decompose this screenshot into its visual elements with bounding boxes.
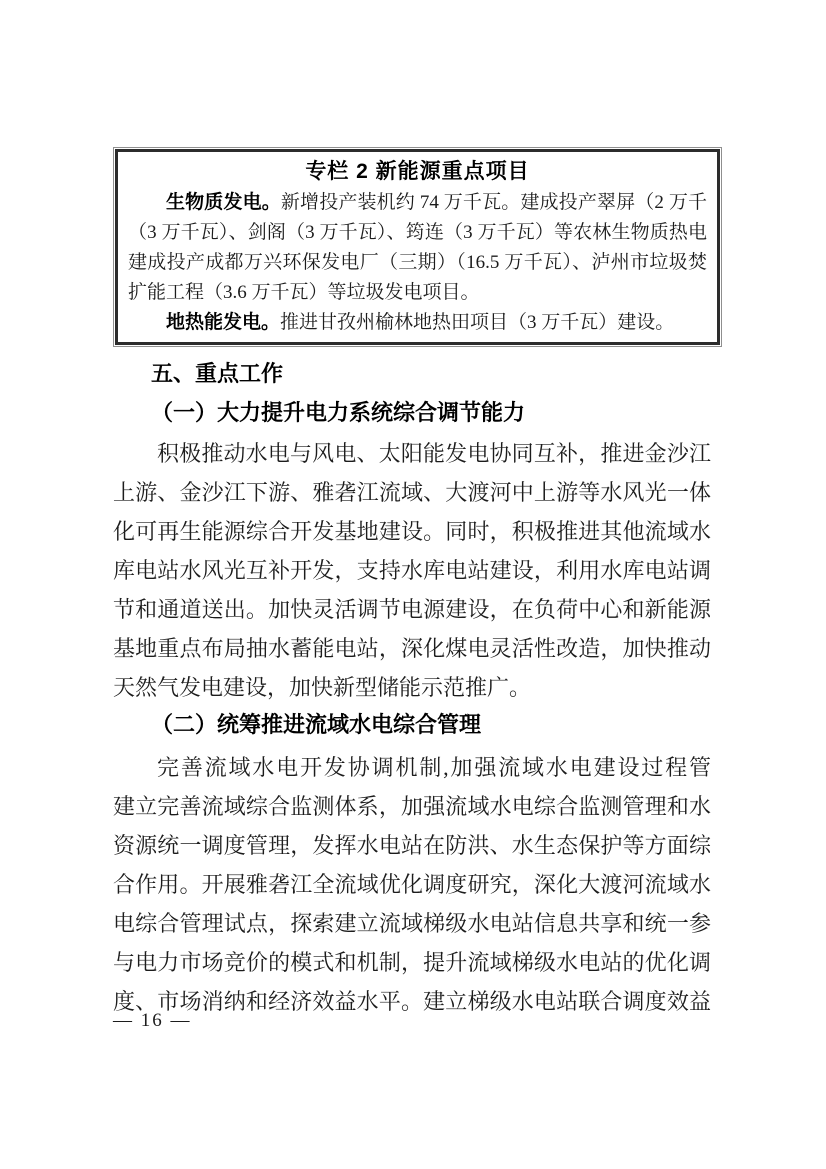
paragraph-1-line-5: 节和通道送出。加快灵活调节电源建设，在负荷中心和新能源 (113, 590, 711, 629)
callout-box-inner: 专栏 2 新能源重点项目 生物质发电。新增投产装机约 74 万千瓦。建成投产翠屏… (115, 149, 720, 345)
paragraph-1-line-3: 化可再生能源综合开发基地建设。同时，积极推进其他流域水 (113, 512, 711, 551)
paragraph-2-line-6: 与电力市场竞价的模式和机制，提升流域梯级水电站的优化调 (113, 943, 711, 982)
paragraph-2-line-5: 电综合管理试点，探索建立流域梯级水电站信息共享和统一参 (113, 904, 711, 943)
document-page: 专栏 2 新能源重点项目 生物质发电。新增投产装机约 74 万千瓦。建成投产翠屏… (0, 0, 826, 1169)
geothermal-line-text: 推进甘孜州榆林地热田项目（3 万千瓦）建设。 (280, 312, 674, 333)
paragraph-2-line-4: 合作用。开展雅砻江全流域优化调度研究，深化大渡河流域水 (113, 865, 711, 904)
callout-biomass-line-1: 生物质发电。新增投产装机约 74 万千瓦。建成投产翠屏（2 万千瓦）、南江 (128, 188, 707, 218)
biomass-label: 生物质发电。 (166, 192, 281, 213)
geothermal-label: 地热能发电。 (166, 312, 280, 333)
callout-biomass-line-3: 建成投产成都万兴环保发电厂（三期）（16.5 万千瓦）、泸州市垃圾焚烧发电厂 (128, 248, 707, 278)
paragraph-2-line-1: 完善流域水电开发协调机制,加强流域水电建设过程管理， (113, 748, 711, 787)
callout-title: 专栏 2 新能源重点项目 (128, 156, 707, 188)
paragraph-1-line-7: 天然气发电建设，加快新型储能示范推广。 (113, 668, 711, 707)
callout-box: 专栏 2 新能源重点项目 生物质发电。新增投产装机约 74 万千瓦。建成投产翠屏… (113, 147, 722, 347)
paragraph-1-line-1: 积极推动水电与风电、太阳能发电协同互补，推进金沙江 (113, 434, 711, 473)
callout-biomass-line-2: （3 万千瓦）、剑阁（3 万千瓦）、筠连（3 万千瓦）等农林生物质热电联产项目， (128, 218, 707, 248)
paragraph-1-line-4: 库电站水风光互补开发，支持水库电站建设，利用水库电站调 (113, 551, 711, 590)
paragraph-2: 完善流域水电开发协调机制,加强流域水电建设过程管理， 建立完善流域综合监测体系，… (113, 748, 711, 1021)
page-number: — 16 — (113, 1008, 192, 1034)
paragraph-1: 积极推动水电与风电、太阳能发电协同互补，推进金沙江 上游、金沙江下游、雅砻江流域… (113, 434, 711, 707)
subsection-1-heading: （一）大力提升电力系统综合调节能力 (113, 396, 711, 430)
paragraph-2-line-3: 资源统一调度管理，发挥水电站在防洪、水生态保护等方面综 (113, 826, 711, 865)
subsection-2-heading: （二）统筹推进流域水电综合管理 (113, 708, 711, 742)
paragraph-1-line-6: 基地重点布局抽水蓄能电站，深化煤电灵活性改造，加快推动 (113, 629, 711, 668)
callout-geothermal-line: 地热能发电。推进甘孜州榆林地热田项目（3 万千瓦）建设。 (128, 308, 707, 338)
section-heading: 五、重点工作 (113, 358, 711, 390)
paragraph-2-line-7: 度、市场消纳和经济效益水平。建立梯级水电站联合调度效益 (113, 982, 711, 1021)
paragraph-1-line-2: 上游、金沙江下游、雅砻江流域、大渡河中上游等水风光一体 (113, 473, 711, 512)
paragraph-2-line-2: 建立完善流域综合监测体系，加强流域水电综合监测管理和水 (113, 787, 711, 826)
callout-biomass-line-4: 扩能工程（3.6 万千瓦）等垃圾发电项目。 (128, 278, 707, 308)
